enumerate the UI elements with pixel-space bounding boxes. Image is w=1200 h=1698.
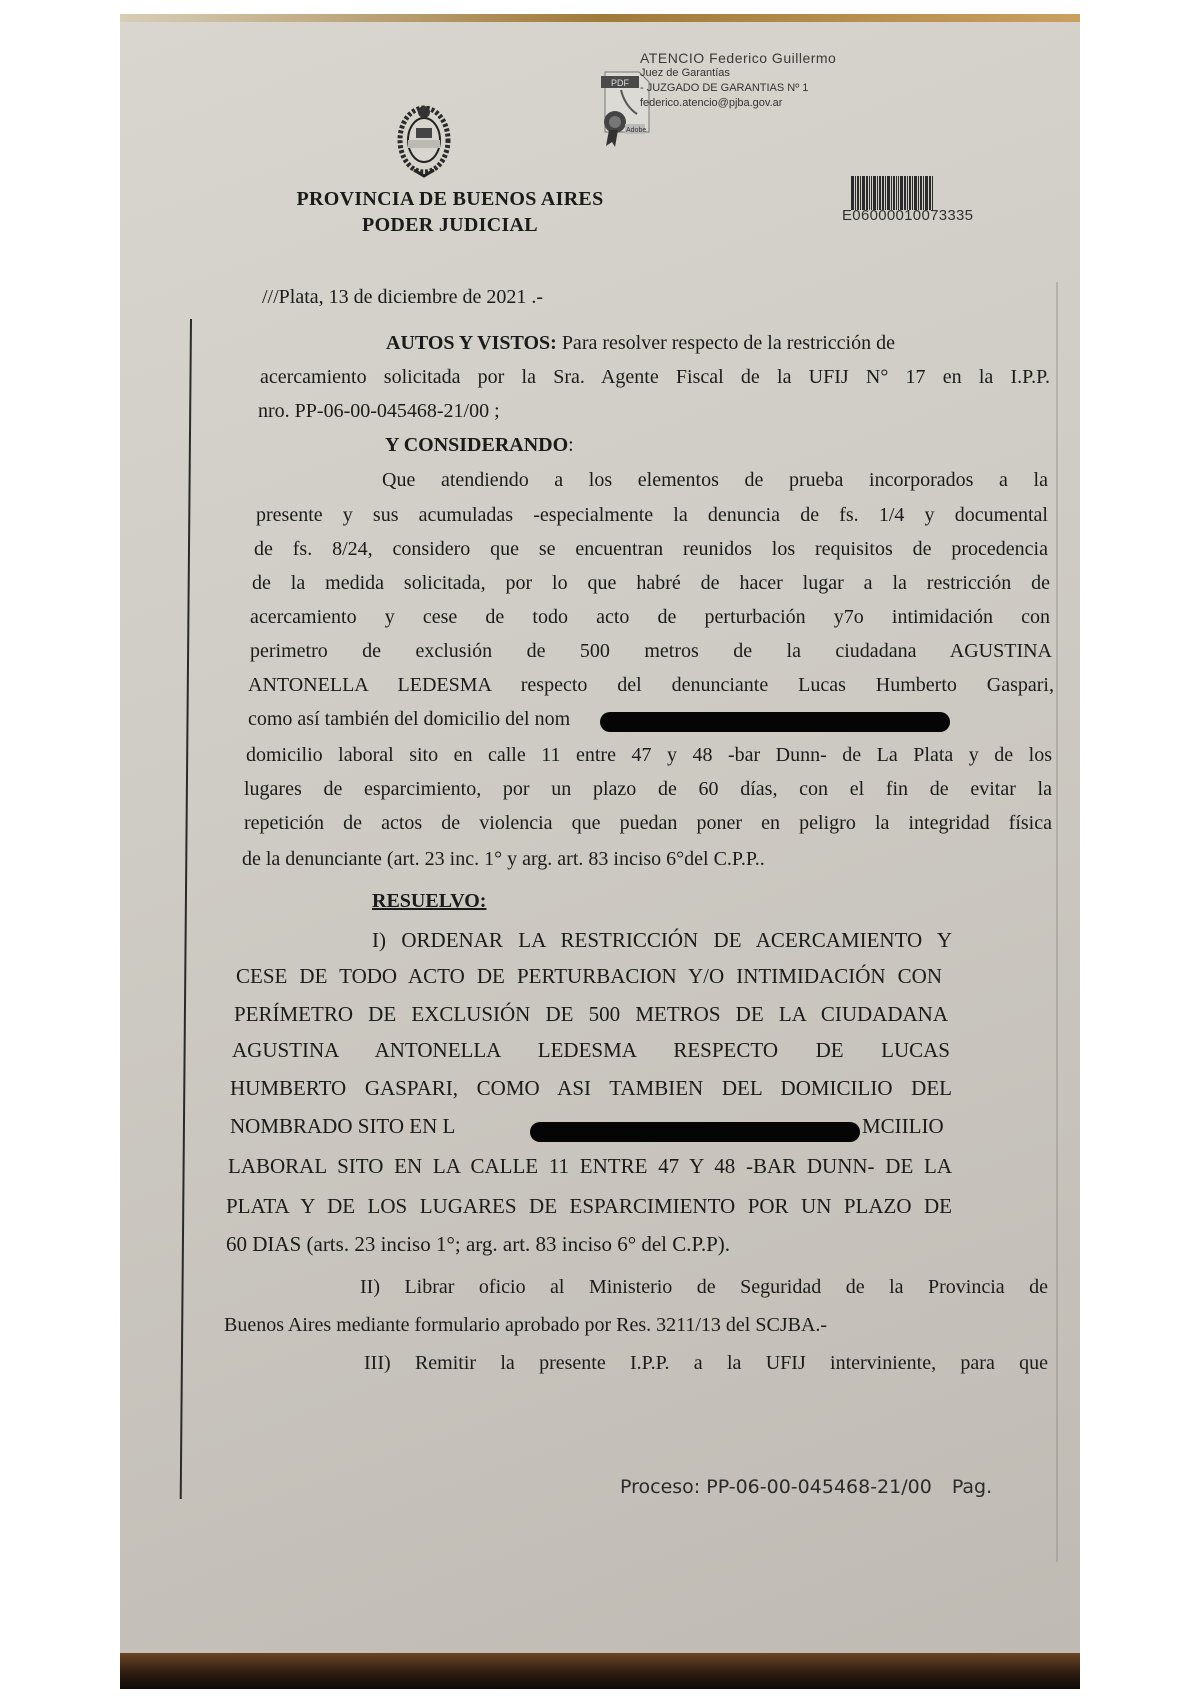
resuelvo-line: 60 DIAS (arts. 23 inciso 1°; arg. art. 8… xyxy=(226,1232,730,1257)
table-edge-top xyxy=(120,14,1080,22)
considerando-line: acercamiento y cese de todo acto de pert… xyxy=(250,606,1050,629)
resuelvo-line: I) ORDENAR LA RESTRICCIÓN DE ACERCAMIENT… xyxy=(372,928,952,953)
resuelvo-line: HUMBERTO GASPARI, COMO ASI TAMBIEN DEL D… xyxy=(230,1076,952,1101)
considerando-line: de la denunciante (art. 23 inc. 1° y arg… xyxy=(242,848,765,871)
resuelvo-item-3: III) Remitir la presente I.P.P. a la UFI… xyxy=(364,1352,1048,1375)
considerando-line: domicilio laboral sito en calle 11 entre… xyxy=(246,744,1052,767)
judicial-branch: PODER JUDICIAL xyxy=(270,212,630,238)
redaction-bar xyxy=(530,1122,860,1142)
right-margin-rule xyxy=(1056,282,1058,1562)
considerando-heading-text: Y CONSIDERANDO xyxy=(385,434,568,456)
considerando-line: de fs. 8/24, considero que se encuentran… xyxy=(254,538,1048,561)
judicial-document-page: PROVINCIA DE BUENOS AIRES PODER JUDICIAL… xyxy=(120,14,1080,1656)
province-name: PROVINCIA DE BUENOS AIRES xyxy=(270,186,630,212)
considerando-line: perimetro de exclusión de 500 metros de … xyxy=(250,640,1052,663)
resuelvo-line: MCIILIO xyxy=(862,1114,944,1139)
considerando-line: lugares de esparcimiento, por un plazo d… xyxy=(244,778,1052,801)
page-label: Pag. xyxy=(952,1476,992,1498)
signer-court: - JUZGADO DE GARANTIAS Nº 1 xyxy=(640,81,836,96)
svg-text:Adobe: Adobe xyxy=(626,127,646,134)
resuelvo-item-2-line-1: II) Librar oficio al Ministerio de Segur… xyxy=(360,1276,1048,1299)
autos-heading: AUTOS Y VISTOS: xyxy=(386,332,557,354)
barcode xyxy=(851,176,991,210)
considerando-heading: Y CONSIDERANDO: xyxy=(385,434,574,457)
considerando-line: como así también del domicilio del nom xyxy=(248,708,570,731)
signer-role: Juez de Garantías xyxy=(640,66,836,81)
document-photo: PROVINCIA DE BUENOS AIRES PODER JUDICIAL… xyxy=(120,14,1080,1689)
resuelvo-line: PLATA Y DE LOS LUGARES DE ESPARCIMIENTO … xyxy=(226,1194,952,1219)
table-edge-bottom xyxy=(120,1653,1080,1689)
signer-email: federico.atencio@pjba.gov.ar xyxy=(640,96,836,111)
barcode-number: E06000010073335 xyxy=(842,207,973,224)
resuelvo-line: CESE DE TODO ACTO DE PERTURBACION Y/O IN… xyxy=(236,964,942,989)
redaction-bar xyxy=(600,712,950,732)
considerando-line: ANTONELLA LEDESMA respecto del denuncian… xyxy=(248,674,1054,697)
autos-line-3: nro. PP-06-00-045468-21/00 ; xyxy=(258,400,500,423)
proceso-number: Proceso: PP-06-00-045468-21/00 xyxy=(620,1476,932,1498)
resuelvo-item-2-line-2: Buenos Aires mediante formulario aprobad… xyxy=(224,1314,827,1337)
institution-heading: PROVINCIA DE BUENOS AIRES PODER JUDICIAL xyxy=(270,186,630,238)
autos-text: Para resolver respecto de la restricción… xyxy=(557,332,895,354)
digital-signature-block: ATENCIO Federico Guillermo Juez de Garan… xyxy=(640,51,836,111)
autos-line-2: acercamiento solicitada por la Sra. Agen… xyxy=(260,366,1050,389)
svg-text:PDF: PDF xyxy=(611,78,630,88)
date-line: ///Plata, 13 de diciembre de 2021 .- xyxy=(262,286,543,309)
resuelvo-line: LABORAL SITO EN LA CALLE 11 ENTRE 47 Y 4… xyxy=(228,1154,952,1179)
page-footer: Proceso: PP-06-00-045468-21/00Pag. xyxy=(620,1476,992,1498)
signer-name: ATENCIO Federico Guillermo xyxy=(640,51,836,66)
resuelvo-line: AGUSTINA ANTONELLA LEDESMA RESPECTO DE L… xyxy=(232,1038,950,1063)
considerando-colon: : xyxy=(568,434,574,456)
argentina-coat-of-arms-icon xyxy=(396,100,452,182)
left-margin-rule xyxy=(180,319,192,1499)
considerando-line: de la medida solicitada, por lo que habr… xyxy=(252,572,1050,595)
autos-line-1: AUTOS Y VISTOS: Para resolver respecto d… xyxy=(386,332,895,355)
resuelvo-heading: RESUELVO: xyxy=(372,890,486,913)
considerando-line: repetición de actos de violencia que pue… xyxy=(244,812,1052,835)
resuelvo-line: NOMBRADO SITO EN L xyxy=(230,1114,455,1139)
resuelvo-line: PERÍMETRO DE EXCLUSIÓN DE 500 METROS DE … xyxy=(234,1002,948,1027)
considerando-line: Que atendiendo a los elementos de prueba… xyxy=(382,469,1048,492)
considerando-line: presente y sus acumuladas -especialmente… xyxy=(256,504,1048,527)
